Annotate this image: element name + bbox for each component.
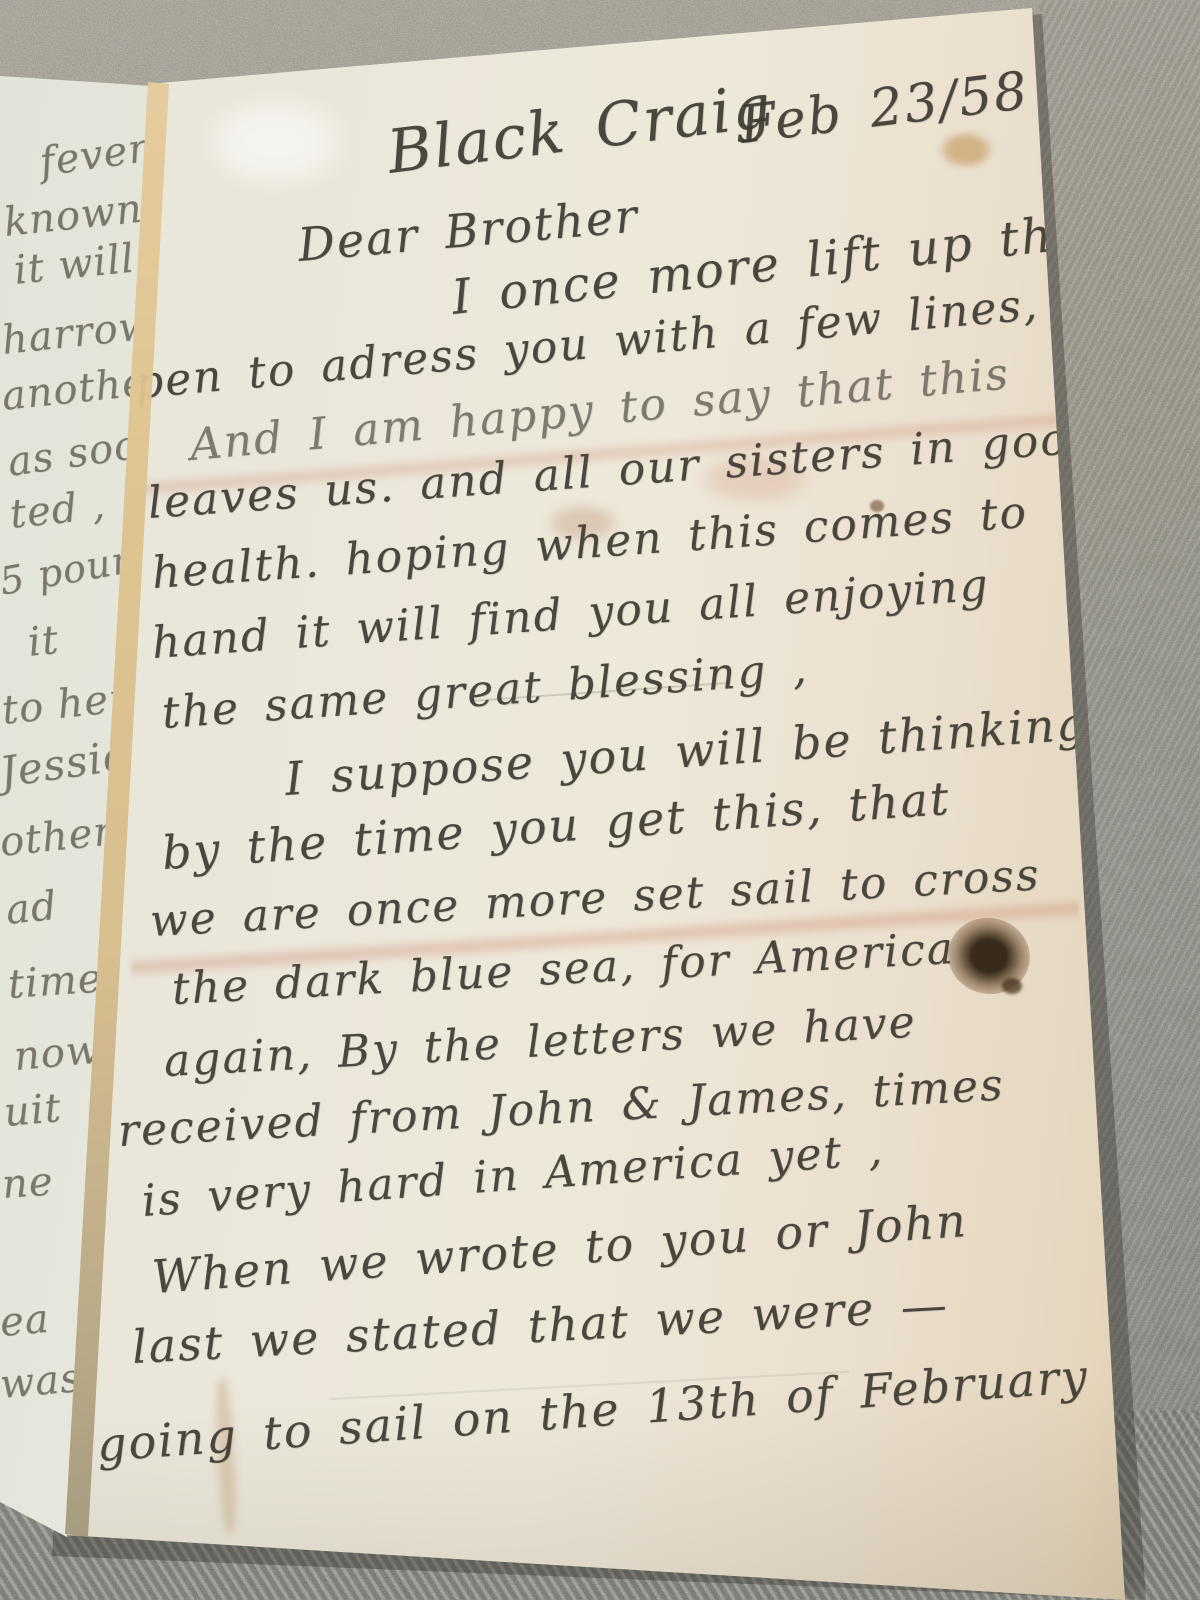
left-page-fragment: was — [0, 1355, 83, 1408]
left-page-fragment: now — [12, 1026, 103, 1079]
paper-emboss-mark — [200, 95, 350, 190]
letter-page: Black Craig Feb 23/58 Dear Brother I onc… — [0, 0, 1200, 1600]
left-page-fragment: other — [0, 808, 115, 866]
left-page-fragment: time — [6, 955, 103, 1007]
left-page-fragment: ad — [4, 883, 60, 934]
left-page-fragment: fever — [37, 125, 151, 186]
left-page-fragment: uit — [2, 1085, 63, 1136]
ink-blot-stain — [1002, 978, 1022, 994]
left-page-fragment: ea — [0, 1296, 51, 1346]
letter-photo-scene: fever known it will harrow another as so… — [0, 0, 1200, 1600]
left-page-fragment: it will — [12, 235, 137, 293]
left-page-fragment: harrow — [0, 302, 156, 364]
left-page-fragment: it — [26, 617, 62, 666]
left-page-fragment: ted , — [8, 482, 108, 538]
left-page-fragment: ne — [0, 1158, 55, 1207]
letter-heading-place: Black Craig — [384, 71, 777, 188]
stain — [940, 132, 992, 168]
